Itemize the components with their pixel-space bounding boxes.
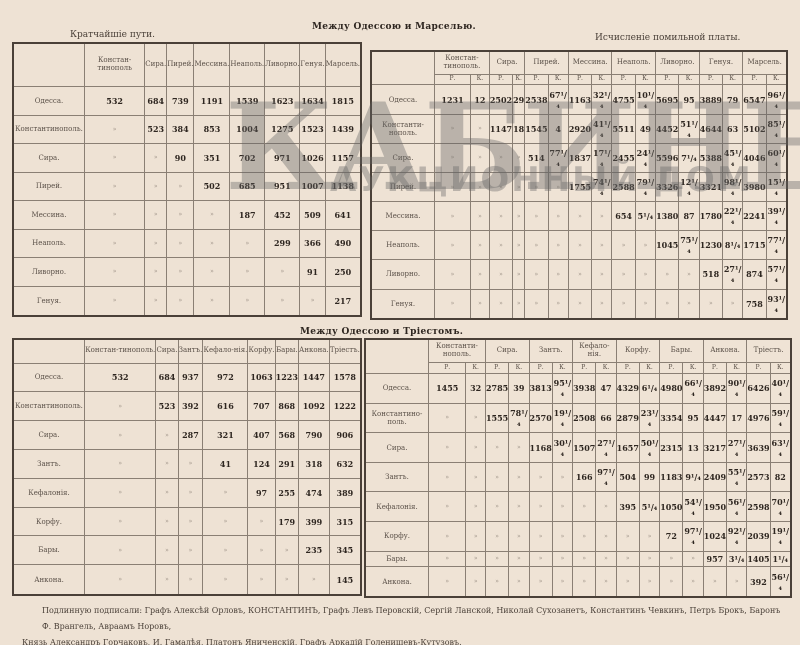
table-row: Пирей.»»»50268595110071138 (13, 172, 361, 200)
table-cell: 13 (683, 433, 703, 463)
table-cell: » (525, 289, 548, 319)
header-row: Констан-тинопольСира.Пирей.Мессина.Неапо… (13, 43, 361, 87)
table-cell: 3980 (743, 172, 766, 201)
table-cell: 2588 (612, 172, 635, 201)
table-cell: » (509, 433, 529, 463)
table-cell: » (178, 536, 203, 565)
table-cell: 1405 (747, 551, 770, 567)
table-cell: 1223 (275, 363, 298, 392)
table-cell: » (616, 567, 639, 597)
rubles-header: Р. (429, 363, 466, 374)
table-cell: 124 (248, 450, 275, 479)
column-header: Неаполь. (612, 51, 656, 74)
table-cell: 19¹/₄ (770, 522, 791, 552)
table-cell: 1147 (489, 114, 512, 143)
row-label: Генуя. (371, 289, 435, 319)
row-label: Бары. (13, 536, 85, 565)
table-cell: 2879 (616, 403, 639, 433)
table-cell: » (683, 567, 703, 597)
table-cell: 1026 (300, 144, 325, 172)
table-cell: » (485, 567, 508, 597)
table-cell: 4755 (612, 85, 635, 114)
table-row: Анкона.»»»»»»»»»»»»»»39256¹/₄ (365, 567, 791, 597)
table-cell: » (639, 567, 659, 597)
table-cell: » (552, 567, 572, 597)
table-cell: » (471, 289, 490, 319)
table-cell: » (660, 567, 683, 597)
table-cell: 3639 (747, 433, 770, 463)
table-cell: » (529, 462, 552, 492)
table-cell: » (509, 551, 529, 567)
table-cell: 758 (743, 289, 766, 319)
table-cell: 50¹/₄ (639, 433, 659, 463)
table-cell: 568 (275, 421, 298, 450)
table-cell: 389 (329, 478, 361, 507)
table-cell: 97¹/₄ (596, 462, 616, 492)
table-row: Сира.»»9035170297110261157 (13, 144, 361, 172)
table-cell: » (167, 172, 194, 200)
table-cell: » (548, 202, 568, 231)
table-cell: » (203, 565, 248, 595)
table-cell: 3938 (573, 373, 596, 403)
table-cell: » (145, 229, 167, 257)
column-header: Сира. (145, 43, 167, 87)
table-cell: 97 (248, 478, 275, 507)
rubles-header: Р. (743, 74, 766, 85)
table-cell: 59¹/₄ (770, 403, 791, 433)
table-cell: 19¹/₄ (552, 403, 572, 433)
row-label: Кефалонія. (365, 492, 429, 522)
table-cell: » (167, 201, 194, 229)
table-cell: » (194, 286, 230, 316)
table-cell: » (85, 115, 145, 143)
table-cell: » (230, 286, 265, 316)
rubles-header: Р. (529, 363, 552, 374)
table-cell: » (683, 551, 703, 567)
row-label: Одесса. (365, 373, 429, 403)
kopecks-header: К. (770, 363, 791, 374)
table-cell: 4329 (616, 373, 639, 403)
table-cell: 951 (265, 172, 300, 200)
table-cell: 32¹/₄ (592, 85, 612, 114)
column-header: Анкона. (703, 339, 747, 363)
table-cell: 345 (329, 536, 361, 565)
rubles-header: Р. (699, 74, 722, 85)
table-cell: 392 (178, 392, 203, 421)
table-cell: 4976 (747, 403, 770, 433)
table-cell: 6¹/₄ (639, 373, 659, 403)
table-cell: 2502 (489, 85, 512, 114)
table-cell: » (435, 114, 471, 143)
column-header: Корфу. (616, 339, 660, 363)
table-cell: » (489, 231, 512, 260)
table-cell: » (592, 260, 612, 289)
table-cell: » (703, 567, 726, 597)
table-cell: » (85, 507, 156, 536)
section-title-trieste: Между Одессою и Тріестомъ. (300, 327, 463, 337)
table-cell: 187 (230, 201, 265, 229)
table-cell: » (616, 551, 639, 567)
table-cell: 5102 (743, 114, 766, 143)
table-cell: » (525, 202, 548, 231)
table-cell: 56¹/₄ (770, 567, 791, 597)
table-row: Пирей.»»»»»»175574¹/₄258879¹/₄332612¹/₄3… (371, 172, 787, 201)
table-cell: 5596 (656, 143, 679, 172)
table-cell: 616 (203, 392, 248, 421)
table-row: Одесса.5326849379721063122314471578 (13, 363, 361, 392)
table-cell: » (509, 462, 529, 492)
table-cell: 502 (194, 172, 230, 200)
column-header: Зантъ. (178, 339, 203, 363)
table-row: Сира.»»»»51477¹/₄183717¹/₄245524¹/₄55967… (371, 143, 787, 172)
table-cell: 2785 (485, 373, 508, 403)
table-cell: » (548, 231, 568, 260)
column-header: Тріестъ. (329, 339, 361, 363)
table-cell: » (248, 536, 275, 565)
table-cell: » (85, 286, 145, 316)
table-cell: » (509, 567, 529, 597)
table-cell: » (85, 144, 145, 172)
table-cell: » (203, 536, 248, 565)
column-header: Марсель. (325, 43, 361, 87)
table-cell: » (552, 462, 572, 492)
table-cell: » (552, 492, 572, 522)
table-cell: 3892 (703, 373, 726, 403)
table-cell: 98¹/₄ (722, 172, 742, 201)
table-cell: » (592, 202, 612, 231)
shortest-routes-subtitle: Кратчайшіе пути. (70, 30, 155, 40)
table-cell: 6547 (743, 85, 766, 114)
column-header: Генуя. (699, 51, 743, 74)
table-cell: 1715 (743, 231, 766, 260)
rubles-header: Р. (573, 363, 596, 374)
column-header: Пирей. (525, 51, 569, 74)
table-cell: 906 (329, 421, 361, 450)
row-label: Константи-нополь. (371, 114, 435, 143)
table-row: Сира.»»287321407568790906 (13, 421, 361, 450)
table-cell: 291 (275, 450, 298, 479)
corner-cell (365, 339, 429, 373)
table-cell: 51¹/₄ (679, 114, 699, 143)
table-cell: » (435, 172, 471, 201)
table-cell: 1623 (265, 87, 300, 115)
table-cell: 145 (329, 565, 361, 595)
rubles-header: Р. (525, 74, 548, 85)
table-cell: » (466, 492, 486, 522)
table-cell: » (466, 522, 486, 552)
table-cell: 23¹/₄ (639, 403, 659, 433)
signatures-line-1: Подлинную подписали: Графъ Алексѣй Орлов… (22, 603, 792, 635)
table-cell: » (85, 172, 145, 200)
table-cell: 60¹/₄ (766, 143, 787, 172)
table-cell: 96¹/₄ (766, 85, 787, 114)
table-cell: » (145, 144, 167, 172)
table-cell: 82 (770, 462, 791, 492)
kopecks-header: К. (592, 74, 612, 85)
table-cell: 1183 (660, 462, 683, 492)
table-cell: » (156, 478, 178, 507)
table-cell: 3889 (699, 85, 722, 114)
row-label: Ливорно. (13, 258, 85, 286)
table-cell: » (596, 522, 616, 552)
table-cell: » (552, 522, 572, 552)
table-cell: » (435, 143, 471, 172)
table-cell: 2409 (703, 462, 726, 492)
table-cell: 2573 (747, 462, 770, 492)
table-cell: » (489, 202, 512, 231)
signatures-line-2: Князь Александръ Горчаковъ, И. Гамалѣя, … (22, 635, 792, 645)
table-cell: » (145, 258, 167, 286)
table-cell: 30¹/₄ (552, 433, 572, 463)
kopecks-header: К. (639, 363, 659, 374)
table-cell: 93¹/₄ (766, 289, 787, 319)
table-cell: 255 (275, 478, 298, 507)
table-cell: » (592, 231, 612, 260)
table-cell: 1191 (194, 87, 230, 115)
table-cell: » (596, 567, 616, 597)
table-cell: 18 (513, 114, 525, 143)
marseille-fare-table: Констан-тинополь.Сира.Пирей.Мессина.Неап… (370, 50, 788, 320)
table-row: Константино-поль.»»155578¹/₄257019¹/₄250… (365, 403, 791, 433)
table-row: Зантъ.»»»41124291318632 (13, 450, 361, 479)
column-header: Констан-тинополь. (435, 51, 490, 74)
table-cell: » (471, 114, 490, 143)
header-row: Константи-нополь.Сира.Зантъ.Кефало-нія.К… (365, 339, 791, 363)
table-cell: 54¹/₄ (683, 492, 703, 522)
table-cell: 1024 (703, 522, 726, 552)
table-cell: » (513, 260, 525, 289)
table-cell: 490 (325, 229, 361, 257)
rubles-header: Р. (747, 363, 770, 374)
table-cell: » (466, 551, 486, 567)
table-row: Ливорно.»»»»»»91250 (13, 258, 361, 286)
table-cell: 702 (230, 144, 265, 172)
table-cell: » (85, 229, 145, 257)
table-cell: 407 (248, 421, 275, 450)
table-cell: » (85, 450, 156, 479)
rubles-header: Р. (616, 363, 639, 374)
table-cell: 2241 (743, 202, 766, 231)
table-cell: » (466, 567, 486, 597)
table-cell: 1545 (525, 114, 548, 143)
row-label: Корфу. (13, 507, 85, 536)
table-row: Генуя.»»»»»»»217 (13, 286, 361, 316)
table-cell: 40¹/₄ (770, 373, 791, 403)
table-cell: 1755 (568, 172, 591, 201)
trieste-fare-table: Константи-нополь.Сира.Зантъ.Кефало-нія.К… (364, 338, 792, 598)
table-cell: 1007 (300, 172, 325, 200)
table-cell: 1063 (248, 363, 275, 392)
table-cell: 384 (167, 115, 194, 143)
table-row: Корфу.»»»»»179399315 (13, 507, 361, 536)
table-cell: » (435, 260, 471, 289)
table-cell: 4046 (743, 143, 766, 172)
table-row: Одесса.53268473911911539162316341815 (13, 87, 361, 115)
table-cell: » (548, 260, 568, 289)
table-cell: 5¹/₄ (639, 492, 659, 522)
table-cell: » (525, 260, 548, 289)
table-cell: » (573, 551, 596, 567)
column-header: Кефало-нія. (203, 339, 248, 363)
table-cell: » (513, 172, 525, 201)
column-header: Мессина. (194, 43, 230, 87)
table-cell: 95 (679, 85, 699, 114)
table-cell: » (513, 231, 525, 260)
kopecks-header: К. (513, 74, 525, 85)
table-cell: 957 (703, 551, 726, 567)
table-cell: » (167, 286, 194, 316)
table-cell: » (679, 260, 699, 289)
row-label: Сира. (371, 143, 435, 172)
table-cell: 4 (548, 114, 568, 143)
table-cell: 250 (325, 258, 361, 286)
table-cell: » (568, 260, 591, 289)
table-cell: 87 (679, 202, 699, 231)
table-cell: » (509, 522, 529, 552)
kopecks-header: К. (552, 363, 572, 374)
table-cell: 95 (683, 403, 703, 433)
column-header: Бары. (275, 339, 298, 363)
kopecks-header: К. (509, 363, 529, 374)
table-cell: » (656, 260, 679, 289)
table-cell: 5388 (699, 143, 722, 172)
table-cell: 17 (727, 403, 747, 433)
table-cell: » (596, 551, 616, 567)
table-cell: 27¹/₄ (596, 433, 616, 463)
table-cell: » (635, 231, 655, 260)
table-cell: » (592, 289, 612, 319)
table-row: Одесса.123112250229253867¹/₄116332¹/₄475… (371, 85, 787, 114)
table-cell: » (85, 392, 156, 421)
column-header: Сира. (489, 51, 524, 74)
row-label: Одесса. (13, 363, 85, 392)
table-cell: 452 (265, 201, 300, 229)
table-cell: 1950 (703, 492, 726, 522)
table-cell: 684 (156, 363, 178, 392)
table-cell: 8¹/₄ (722, 231, 742, 260)
table-cell: » (194, 201, 230, 229)
table-cell: » (635, 289, 655, 319)
table-cell: 685 (230, 172, 265, 200)
table-cell: » (612, 260, 635, 289)
table-cell: » (573, 567, 596, 597)
table-row: Генуя.»»»»»»»»»»»»»»75893¹/₄ (371, 289, 787, 319)
column-header: Константи-нополь. (429, 339, 486, 363)
table-cell: 5695 (656, 85, 679, 114)
table-cell: 72 (660, 522, 683, 552)
table-cell: 32 (466, 373, 486, 403)
signatures-footer: Подлинную подписали: Графъ Алексѣй Орлов… (22, 603, 792, 645)
table-row: Одесса.145532278539381395¹/₄39384743296¹… (365, 373, 791, 403)
rubles-header: Р. (703, 363, 726, 374)
table-cell: 532 (85, 87, 145, 115)
column-header: Марсель. (743, 51, 787, 74)
table-cell: 1¹/₄ (770, 551, 791, 567)
table-cell: 523 (156, 392, 178, 421)
table-cell: » (513, 202, 525, 231)
table-cell: 1539 (230, 87, 265, 115)
table-cell: 2039 (747, 522, 770, 552)
table-cell: 1578 (329, 363, 361, 392)
table-cell: 66¹/₄ (683, 373, 703, 403)
table-row: Константинополь.»52338485310041275152314… (13, 115, 361, 143)
table-row: Анкона.»»»»»»»145 (13, 565, 361, 595)
table-cell: » (656, 289, 679, 319)
table-cell: 67¹/₄ (548, 85, 568, 114)
table-cell: 632 (329, 450, 361, 479)
table-cell: 1523 (300, 115, 325, 143)
kopecks-header: К. (466, 363, 486, 374)
table-cell: 79 (722, 85, 742, 114)
table-cell: 24¹/₄ (635, 143, 655, 172)
row-label: Кефалонія. (13, 478, 85, 507)
table-cell: 12¹/₄ (679, 172, 699, 201)
table-cell: » (429, 433, 466, 463)
rubles-header: Р. (485, 363, 508, 374)
table-cell: 1230 (699, 231, 722, 260)
row-label: Одесса. (13, 87, 85, 115)
table-cell: » (513, 143, 525, 172)
table-cell: » (679, 289, 699, 319)
table-cell: 57¹/₄ (766, 260, 787, 289)
column-header: Констан-тинополь. (85, 339, 156, 363)
table-cell: 1447 (298, 363, 329, 392)
table-cell: 868 (275, 392, 298, 421)
table-cell: 77¹/₄ (766, 231, 787, 260)
column-header: Зантъ. (529, 339, 573, 363)
table-cell: » (298, 565, 329, 595)
table-row: Мессина.»»»»187452509641 (13, 201, 361, 229)
table-cell: » (167, 258, 194, 286)
table-cell: 504 (616, 462, 639, 492)
table-cell: » (429, 522, 466, 552)
kopecks-header: К. (596, 363, 616, 374)
table-cell: 1092 (298, 392, 329, 421)
table-cell: 10¹/₄ (635, 85, 655, 114)
table-cell: 3217 (703, 433, 726, 463)
table-cell: » (156, 536, 178, 565)
column-header: Кефало-нія. (573, 339, 617, 363)
table-cell: » (568, 202, 591, 231)
table-cell: 166 (573, 462, 596, 492)
table-cell: 91 (300, 258, 325, 286)
table-cell: » (548, 172, 568, 201)
column-header: Генуя. (300, 43, 325, 87)
table-cell: 1231 (435, 85, 471, 114)
table-cell: » (727, 567, 747, 597)
table-cell: 4980 (660, 373, 683, 403)
table-cell: » (489, 260, 512, 289)
table-cell: 474 (298, 478, 329, 507)
row-label: Мессина. (13, 201, 85, 229)
table-cell: 299 (265, 229, 300, 257)
table-cell: 92¹/₄ (727, 522, 747, 552)
table-cell: 1050 (660, 492, 683, 522)
kopecks-header: К. (683, 363, 703, 374)
table-cell: » (635, 260, 655, 289)
table-cell: 217 (325, 286, 361, 316)
table-cell: 1163 (568, 85, 591, 114)
table-cell: » (85, 565, 156, 595)
table-cell: » (265, 286, 300, 316)
table-cell: » (85, 201, 145, 229)
table-cell: 1455 (429, 373, 466, 403)
row-label: Сира. (365, 433, 429, 463)
table-cell: 2598 (747, 492, 770, 522)
table-cell: 39¹/₄ (766, 202, 787, 231)
table-cell: 4644 (699, 114, 722, 143)
table-cell: » (529, 567, 552, 597)
